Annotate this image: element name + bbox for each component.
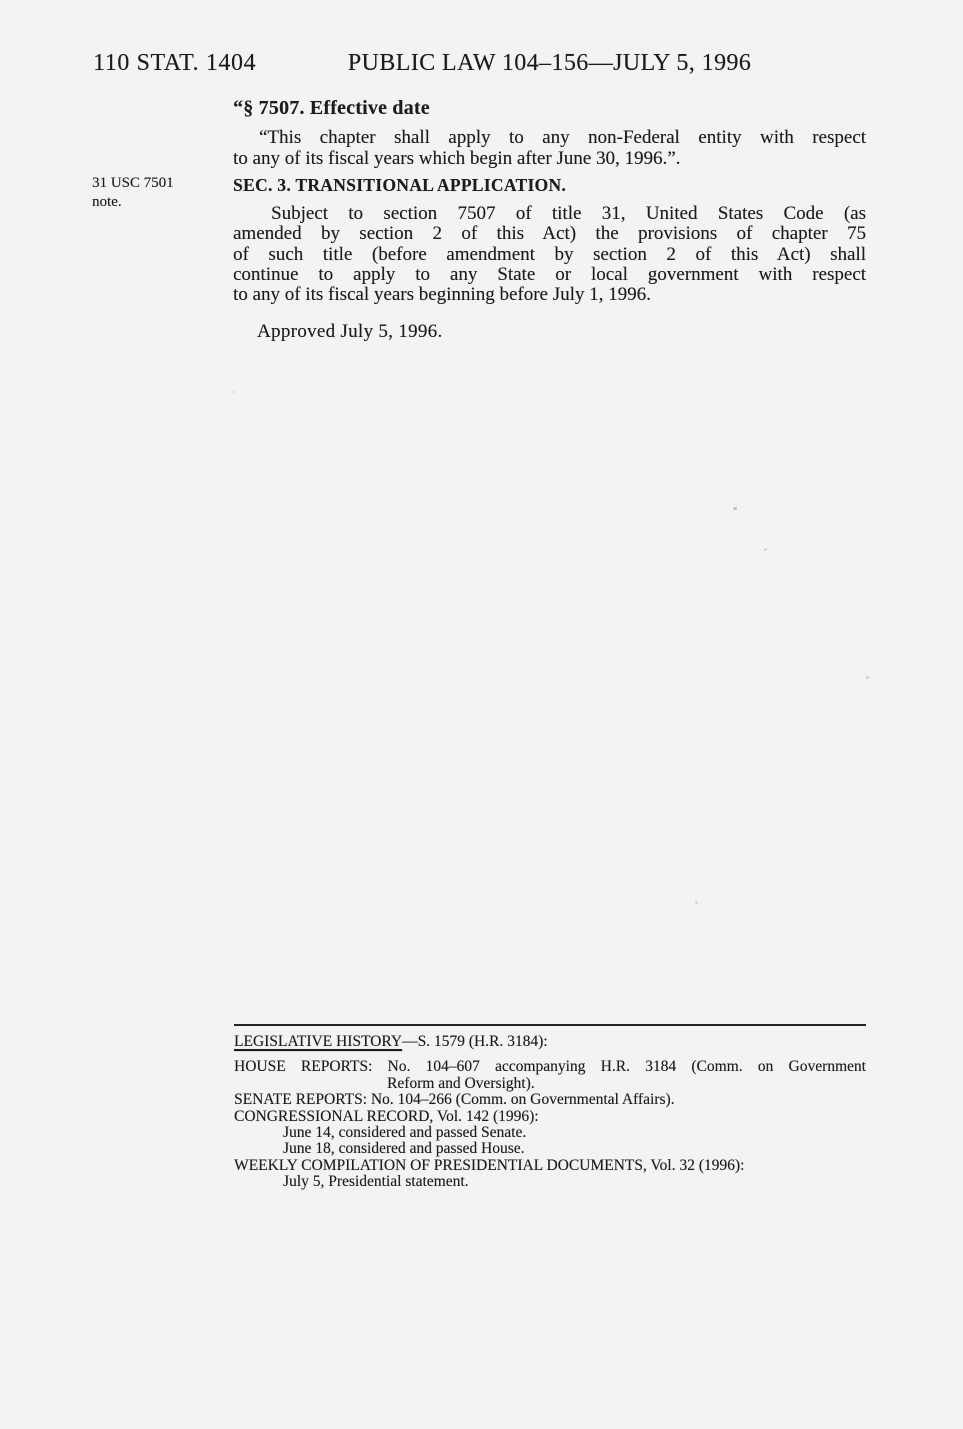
paragraph-line: to any of its fiscal years which begin a… xyxy=(233,149,866,170)
house-reports-continuation: Reform and Oversight). xyxy=(387,1076,866,1092)
legislative-history-divider xyxy=(234,1024,866,1026)
legislative-history-block: LEGISLATIVE HISTORY—S. 1579 (H.R. 3184):… xyxy=(234,1034,866,1191)
senate-reports-line: SENATE REPORTS: No. 104–266 (Comm. on Go… xyxy=(234,1092,866,1108)
section-7507-heading: “§ 7507. Effective date xyxy=(233,97,866,120)
stat-page-number: 110 STAT. 1404 xyxy=(93,50,256,77)
margin-note-line: note. xyxy=(92,193,212,212)
record-date-line: June 14, considered and passed Senate. xyxy=(283,1125,866,1141)
paragraph-line: to any of its fiscal years beginning bef… xyxy=(233,285,866,305)
legislative-history-title-rest: —S. 1579 (H.R. 3184): xyxy=(402,1033,548,1050)
scan-speck xyxy=(733,507,737,510)
record-date-line: June 18, considered and passed House. xyxy=(283,1141,866,1157)
sec-3-heading: SEC. 3. TRANSITIONAL APPLICATION. xyxy=(233,175,866,196)
presidential-statement-line: July 5, Presidential statement. xyxy=(283,1174,866,1190)
usc-margin-note: 31 USC 7501 note. xyxy=(92,174,212,212)
paragraph-line: Subject to section 7507 of title 31, Uni… xyxy=(271,204,866,224)
paragraph-line: continue to apply to any State or local … xyxy=(233,265,866,285)
public-law-header: PUBLIC LAW 104–156—JULY 5, 1996 xyxy=(233,50,866,77)
congressional-record-line: CONGRESSIONAL RECORD, Vol. 142 (1996): xyxy=(234,1109,866,1125)
legislative-history-title: LEGISLATIVE HISTORY—S. 1579 (H.R. 3184): xyxy=(234,1034,866,1050)
weekly-compilation-line: WEEKLY COMPILATION OF PRESIDENTIAL DOCUM… xyxy=(234,1158,866,1174)
sec-3-paragraph: Subject to section 7507 of title 31, Uni… xyxy=(233,204,866,305)
paragraph-line: “This chapter shall apply to any non-Fed… xyxy=(259,128,866,149)
scan-speck xyxy=(695,901,698,904)
section-7507-paragraph: “This chapter shall apply to any non-Fed… xyxy=(233,128,866,169)
paragraph-line: of such title (before amendment by secti… xyxy=(233,245,866,265)
scan-speck xyxy=(866,676,869,679)
scan-speck xyxy=(233,391,235,393)
house-reports-line: HOUSE REPORTS: No. 104–607 accompanying … xyxy=(234,1059,866,1075)
statute-page: 110 STAT. 1404 PUBLIC LAW 104–156—JULY 5… xyxy=(0,0,963,1429)
approval-line: Approved July 5, 1996. xyxy=(257,321,443,343)
paragraph-line: amended by section 2 of this Act) the pr… xyxy=(233,224,866,244)
scan-speck xyxy=(764,548,767,551)
margin-note-line: 31 USC 7501 xyxy=(92,174,212,193)
legislative-history-title-underlined: LEGISLATIVE HISTORY xyxy=(234,1033,402,1050)
